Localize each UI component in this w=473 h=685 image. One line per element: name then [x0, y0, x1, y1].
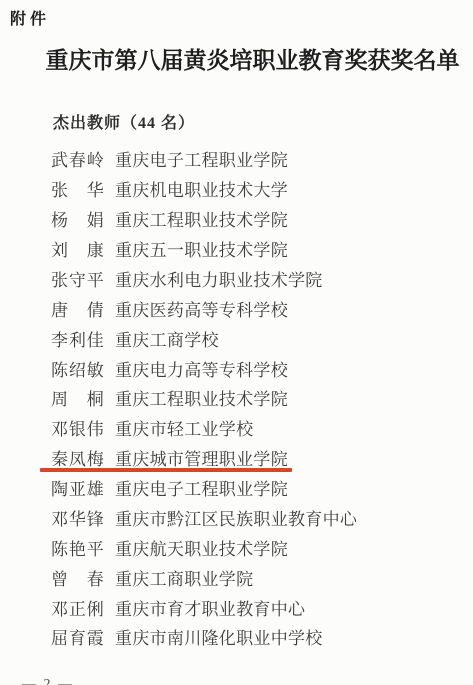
- winner-row: 刘 康重庆五一职业技术学院: [51, 234, 473, 264]
- winner-row: 周 桐重庆工程职业技术学院: [51, 383, 473, 413]
- winner-name: 陈艳平: [51, 535, 104, 560]
- winner-row: 邓银伟重庆市轻工业学校: [51, 413, 473, 443]
- winner-row: 屈育霞重庆市南川隆化职业中学校: [51, 622, 473, 652]
- winner-institution: 重庆电力高等专科学校: [115, 356, 288, 381]
- winner-institution: 重庆工程职业技术学院: [115, 385, 288, 410]
- winner-institution: 重庆市黔江区民族职业教育中心: [115, 505, 357, 530]
- winner-institution: 重庆机电职业技术大学: [115, 176, 288, 201]
- winner-institution: 重庆电子工程职业学院: [115, 475, 288, 500]
- winner-name: 陶亚雄: [51, 475, 104, 500]
- winner-institution: 重庆航天职业技术学院: [115, 535, 288, 560]
- winner-name: 邓正俐: [51, 595, 104, 620]
- winner-institution: 重庆工商学校: [115, 326, 219, 351]
- winner-name: 屈育霞: [51, 624, 104, 649]
- winner-name: 曾 春: [51, 565, 104, 590]
- winner-institution: 重庆市南川隆化职业中学校: [115, 624, 323, 649]
- winner-row: 唐 倩重庆医药高等专科学校: [51, 293, 473, 323]
- winner-name: 张 华: [51, 176, 104, 201]
- winner-institution: 重庆工程职业技术学院: [115, 206, 288, 231]
- page-number: — 2 —: [22, 677, 74, 685]
- winner-row: 杨 娟重庆工程职业技术学院: [51, 204, 473, 234]
- winner-row: 张守平重庆水利电力职业技术学院: [51, 264, 473, 294]
- winner-name: 秦凤梅: [51, 445, 104, 470]
- winner-name: 张守平: [51, 266, 104, 291]
- winner-row: 李利佳重庆工商学校: [51, 323, 473, 353]
- document-page: 附件 重庆市第八届黄炎培职业教育奖获奖名单 杰出教师（44 名） 武春岭重庆电子…: [0, 0, 473, 685]
- winner-institution: 重庆水利电力职业技术学院: [115, 266, 323, 291]
- winner-name: 李利佳: [51, 326, 104, 351]
- winner-row: 邓华锋重庆市黔江区民族职业教育中心: [51, 503, 473, 533]
- winner-row: 陶亚雄重庆电子工程职业学院: [51, 473, 473, 503]
- winner-row: 陈艳平重庆航天职业技术学院: [51, 532, 473, 562]
- winner-name: 邓华锋: [51, 505, 104, 530]
- winner-name: 武春岭: [51, 146, 104, 171]
- winner-institution: 重庆电子工程职业学院: [115, 146, 288, 171]
- winner-name: 邓银伟: [51, 415, 104, 440]
- winner-row: 陈绍敏重庆电力高等专科学校: [51, 353, 473, 383]
- winner-institution: 重庆市轻工业学校: [115, 415, 253, 440]
- winner-name: 杨 娟: [51, 206, 104, 231]
- winner-row: 张 华重庆机电职业技术大学: [51, 174, 473, 204]
- winner-name: 陈绍敏: [51, 356, 104, 381]
- winner-row: 武春岭重庆电子工程职业学院: [51, 144, 473, 174]
- page-title: 重庆市第八届黄炎培职业教育奖获奖名单: [0, 42, 473, 75]
- winner-institution: 重庆五一职业技术学院: [115, 236, 288, 261]
- winner-institution: 重庆市育才职业教育中心: [115, 595, 305, 620]
- winner-row: 曾 春重庆工商职业学院: [51, 562, 473, 592]
- winners-list: 武春岭重庆电子工程职业学院张 华重庆机电职业技术大学杨 娟重庆工程职业技术学院刘…: [51, 144, 473, 652]
- highlight-underline: [40, 468, 292, 473]
- attachment-label: 附件: [10, 6, 50, 29]
- winner-institution: 重庆城市管理职业学院: [115, 445, 288, 470]
- winner-name: 刘 康: [51, 236, 104, 261]
- winner-institution: 重庆工商职业学院: [115, 565, 253, 590]
- winner-institution: 重庆医药高等专科学校: [115, 296, 288, 321]
- winner-name: 唐 倩: [51, 296, 104, 321]
- winner-name: 周 桐: [51, 385, 104, 410]
- winner-row: 邓正俐重庆市育才职业教育中心: [51, 592, 473, 622]
- section-heading: 杰出教师（44 名）: [53, 110, 195, 133]
- winner-row: 秦凤梅重庆城市管理职业学院: [51, 443, 473, 473]
